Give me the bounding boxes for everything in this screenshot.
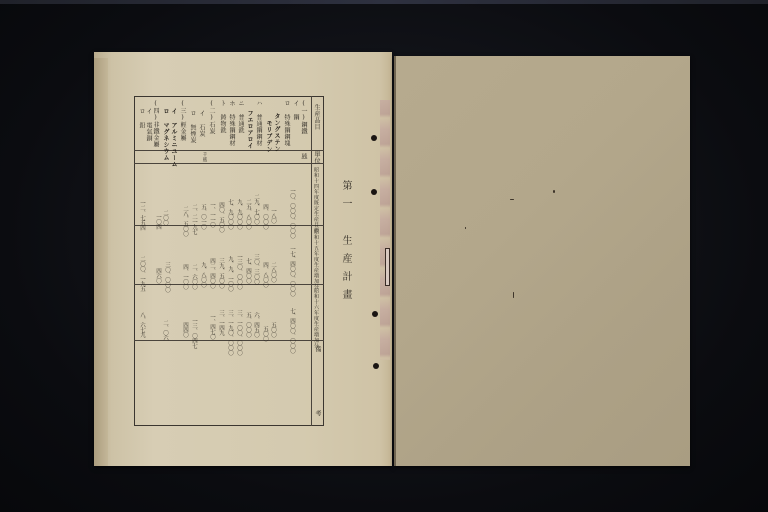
value-1940-5: 三〇、三〇〇 [253,254,259,284]
value-1941-12: 一三、〇四七 [191,318,197,348]
product-12: ロ 無煙炭 [189,110,196,144]
header-column-label: 生産品目 [313,104,320,130]
binding-strip [380,100,390,360]
row-label-1940: 昭和十五年度生産増加分 [313,229,319,290]
section-title: 第一 生産計畫 [338,180,353,307]
value-1940-9: 三九、五〇〇 [218,258,224,288]
row-label-remarks-2: 考 [314,410,321,417]
punch-hole-3 [372,311,378,317]
paper-speck [510,199,514,200]
punch-hole-4 [373,363,379,369]
value-1940-3: 四、八〇〇 [262,262,268,287]
value-1940-6: 七、四〇〇 [245,258,251,283]
right-page-blank [394,56,690,466]
product-16: (四)非鐵金屬 [152,100,159,148]
value-1941-7: 三、一〇〇、〇〇〇 [236,310,242,355]
product-4: モリブデン [265,120,272,153]
value-1939-8: 七、九〇〇〇 [227,199,233,229]
value-1940-16: 四六〇 [155,268,161,283]
paper-speck [553,190,555,193]
product-18: ロ 鉛 [138,108,145,129]
value-1940-13: 四、一〇〇 [182,264,188,289]
product-9: ト 鋳物銑 [219,100,226,134]
product-14: イ アルミニユーム [170,108,177,168]
product-13: (三)輕金屬 [179,100,186,141]
product-10: (二)石炭 [208,100,215,135]
product-0: (一)鋼鐵 [300,100,307,135]
value-1939-7: 九、九〇〇〇 [236,199,242,229]
paper-speck [513,292,514,298]
product-6: フエロアロイ [246,110,253,149]
row-label-1939: 昭和十四年度既定生産目標 [313,167,319,233]
value-1941-10: 一、四七〇 [209,314,215,339]
value-1939-18: 一二、七五四 [139,200,145,230]
binding-tab [385,248,390,286]
product-5: ハ 普通鋼鋼材 [255,100,262,147]
unit-10: 千瓲 [202,152,207,162]
row-label-remarks-1: 備 [314,346,321,353]
value-1941-5: 六、四五〇 [253,312,259,337]
left-page-fore-edge [94,58,108,466]
product-15: ロ マグネシウム [162,108,169,161]
product-3: タングステン [273,113,280,152]
value-1939-9: 四〇、五〇〇 [218,202,224,232]
unit-column-label: 單位 [313,151,320,164]
value-1939-13: 二八、五〇〇 [182,206,188,236]
product-8: ホ 特殊鋼鋼材 [228,100,235,147]
value-1939-10: 一、一一〇 [209,202,215,227]
value-1941-16: 二、〇六 [162,320,168,340]
value-1940-10: 四二、四〇〇 [209,258,215,288]
table-rule-unit [134,163,324,164]
value-1939-0: 一〇、〇〇〇、〇〇〇 [289,188,295,238]
punch-hole-2 [371,189,377,195]
punch-hole-1 [371,135,377,141]
paper-speck [465,227,466,229]
value-1939-6: 二五、八〇〇 [245,199,251,229]
value-1941-14: 四四〇 [182,322,188,337]
row-label-1941: 昭和十六年度生産増加分 [313,288,319,349]
value-1939-5: 二九、七〇〇 [253,194,259,224]
value-1940-11: 九、八〇〇 [200,262,206,287]
value-1941-6: 五、〇〇〇 [245,312,251,337]
product-7: ニ 普通銑 [237,100,244,134]
value-1940-12: 二、六〇〇 [191,264,197,289]
value-1941-8: 三、一九〇、〇〇〇 [227,310,233,355]
value-1940-2: 二八〇〇 [270,262,276,282]
value-1941-17: 八、六七九 [139,312,145,337]
unit-0: 瓲 [300,153,307,160]
product-17: イ 電氣銅 [145,108,152,142]
product-1: イ 鋼 [292,100,299,121]
value-1940-15: 三〇、〇〇〇 [164,262,170,292]
value-1939-2: 一八〇 [270,208,276,223]
table-rule-label-col [311,96,312,426]
value-1939-11: 五、〇一〇 [200,204,206,229]
top-light-strip [0,0,768,4]
value-1939-17: 一〇四 [155,214,161,229]
value-1939-15: 二〇〇 [162,210,168,225]
product-11: イ 石炭 [198,110,205,137]
value-1940-18: 二〇〇、一九五 [139,256,145,291]
value-1940-0: 一七、四〇〇、〇〇〇 [289,246,295,296]
value-1941-9: 三、一四九 [218,310,224,335]
value-1939-12: 二、二一九七 [191,204,197,234]
value-1941-3: 五〇〇 [262,326,268,341]
value-1940-7: 一三〇、〇〇〇 [236,254,242,289]
product-2: ロ 特殊鋼鋼塊 [283,100,290,147]
value-1940-8: 九、九、一〇〇 [227,256,233,291]
value-1941-0: 七、四〇〇、〇〇〇 [289,308,295,353]
value-1941-2: 五〇〇 [270,322,276,337]
value-1939-3: 四、〇〇〇 [262,204,268,229]
